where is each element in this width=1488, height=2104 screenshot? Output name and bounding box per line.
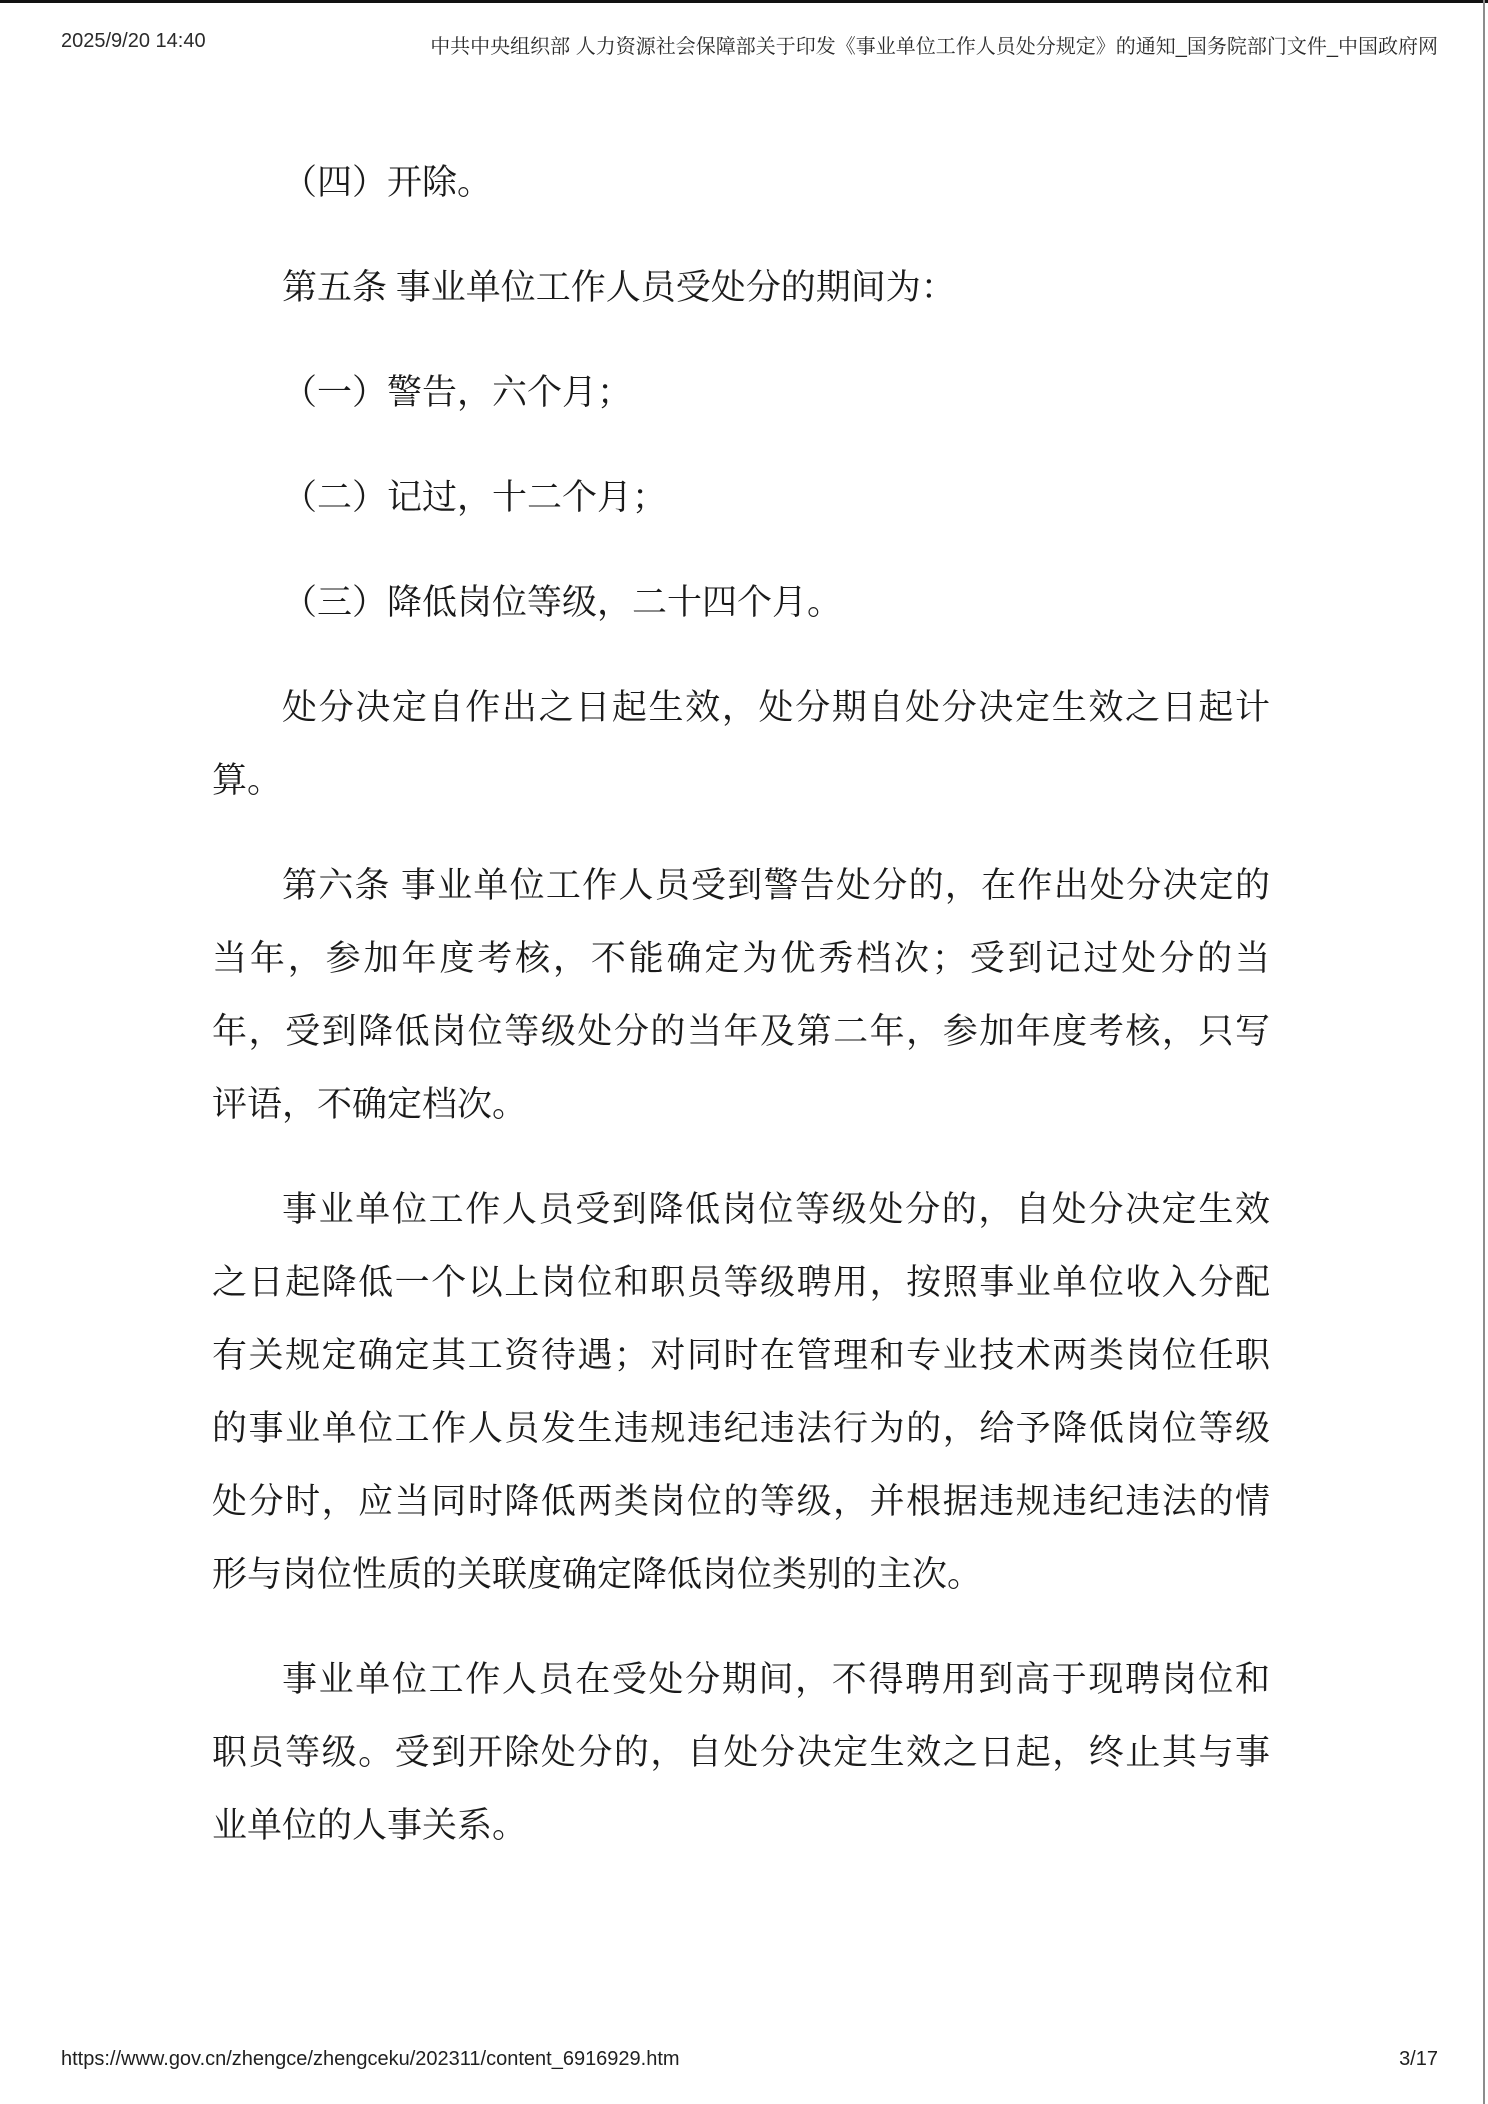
- body-line: 的事业单位工作人员发生违规违纪违法行为的，给予降低岗位等级: [212, 1392, 1270, 1465]
- body-line: 事业单位工作人员在受处分期间，不得聘用到高于现聘岗位和: [212, 1643, 1270, 1716]
- body-line: （三）降低岗位等级，二十四个月。: [212, 566, 1270, 639]
- body-line: 算。: [212, 744, 1270, 817]
- body-line: 第五条 事业单位工作人员受处分的期间为：: [212, 251, 1270, 324]
- paragraph: 第五条 事业单位工作人员受处分的期间为：: [212, 251, 1270, 324]
- body-line: 形与岗位性质的关联度确定降低岗位类别的主次。: [212, 1538, 1270, 1611]
- print-header-document-title: 中共中央组织部 人力资源社会保障部关于印发《事业单位工作人员处分规定》的通知_国…: [430, 30, 1438, 59]
- paragraph: 事业单位工作人员在受处分期间，不得聘用到高于现聘岗位和职员等级。受到开除处分的，…: [212, 1643, 1270, 1862]
- paragraph: 事业单位工作人员受到降低岗位等级处分的，自处分决定生效之日起降低一个以上岗位和职…: [212, 1173, 1270, 1611]
- paragraph: （四）开除。: [212, 146, 1270, 219]
- print-header-timestamp: 2025/9/20 14:40: [61, 30, 206, 53]
- print-footer-page-number: 3/17: [1399, 2048, 1438, 2071]
- print-footer-url: https://www.gov.cn/zhengce/zhengceku/202…: [61, 2048, 680, 2071]
- body-line: （一）警告，六个月；: [212, 356, 1270, 429]
- body-line: 年，受到降低岗位等级处分的当年及第二年，参加年度考核，只写: [212, 995, 1270, 1068]
- paragraph: （三）降低岗位等级，二十四个月。: [212, 566, 1270, 639]
- window-top-edge: [0, 0, 1488, 3]
- body-line: 评语，不确定档次。: [212, 1068, 1270, 1141]
- body-line: 事业单位工作人员受到降低岗位等级处分的，自处分决定生效: [212, 1173, 1270, 1246]
- body-line: 职员等级。受到开除处分的，自处分决定生效之日起，终止其与事: [212, 1716, 1270, 1789]
- body-line: 第六条 事业单位工作人员受到警告处分的，在作出处分决定的: [212, 849, 1270, 922]
- body-line: （二）记过，十二个月；: [212, 461, 1270, 534]
- page-right-edge-line: [1483, 0, 1485, 2104]
- body-line: 处分决定自作出之日起生效，处分期自处分决定生效之日起计: [212, 671, 1270, 744]
- paragraph: （一）警告，六个月；: [212, 356, 1270, 429]
- body-line: （四）开除。: [212, 146, 1270, 219]
- paragraph: 处分决定自作出之日起生效，处分期自处分决定生效之日起计算。: [212, 671, 1270, 817]
- body-line: 有关规定确定其工资待遇；对同时在管理和专业技术两类岗位任职: [212, 1319, 1270, 1392]
- body-line: 之日起降低一个以上岗位和职员等级聘用，按照事业单位收入分配: [212, 1246, 1270, 1319]
- body-line: 业单位的人事关系。: [212, 1789, 1270, 1862]
- print-preview-page: { "header": { "timestamp": "2025/9/20 14…: [0, 0, 1488, 2104]
- paragraph: （二）记过，十二个月；: [212, 461, 1270, 534]
- body-line: 当年，参加年度考核，不能确定为优秀档次；受到记过处分的当: [212, 922, 1270, 995]
- document-body: （四）开除。第五条 事业单位工作人员受处分的期间为：（一）警告，六个月；（二）记…: [212, 146, 1270, 1862]
- body-line: 处分时，应当同时降低两类岗位的等级，并根据违规违纪违法的情: [212, 1465, 1270, 1538]
- paragraph: 第六条 事业单位工作人员受到警告处分的，在作出处分决定的当年，参加年度考核，不能…: [212, 849, 1270, 1141]
